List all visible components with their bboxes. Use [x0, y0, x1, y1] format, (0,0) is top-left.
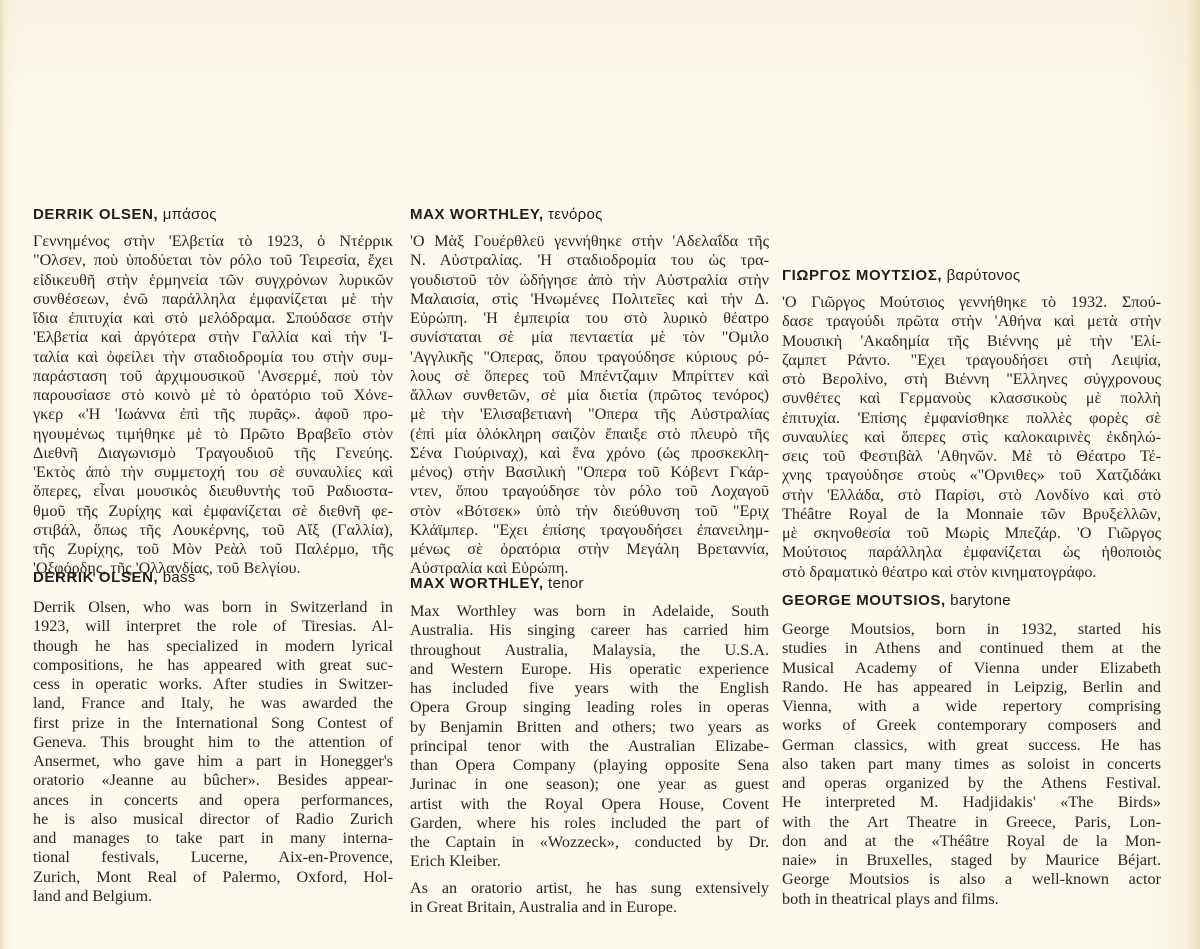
- text-line: στὸ Βερολίνο, στὴ Βιέννη "Ελληνες σύγχρο…: [782, 370, 1161, 389]
- text-line: 'Ο Μὰξ Γουέρθλεϋ γεννήθηκε στὴν 'Αδελαΐδ…: [410, 232, 769, 251]
- text-line: χνης τραγούδησε στοὺς «"Ορνιθες» τοῦ Χατ…: [782, 466, 1161, 485]
- singer-name: GEORGE MOUTSIOS,: [782, 592, 946, 609]
- text-line: Max Worthley was born in Adelaide, South: [410, 602, 769, 621]
- text-line: σεις τοῦ Φεστιβὰλ 'Αθηνῶν. Μὲ τὸ Θέατρο …: [782, 447, 1161, 466]
- text-line: don and at the «Théâtre Royal de la Mon-: [782, 832, 1161, 851]
- text-line: θμοῦ τῆς Ζυρίχης καὶ ἐμφανίζεται σὲ διεθ…: [33, 502, 393, 521]
- text-line: ζαμπετ Ράντο. "Εχει τραγουδήσει στὴ Λειψ…: [782, 351, 1161, 370]
- text-line: Zurich, Mont Real of Palermo, Oxford, Ho…: [33, 868, 393, 887]
- singer-name: ΓΙΩΡΓΟΣ ΜΟΥΤΣΙΟΣ,: [782, 267, 942, 284]
- text-line: Théâtre Royal de la Monnaie τῶν Βρυξελλῶ…: [782, 505, 1161, 524]
- text-line: στὸν «Βότσεκ» ὑπὸ τὴν διεύθυνση τοῦ "Ερι…: [410, 502, 769, 521]
- text-line: μένος) στὴν Βασιλικὴ "Οπερα τοῦ Κόβεντ Γ…: [410, 463, 769, 482]
- text-line: Geneva. This brought him to the attentio…: [33, 733, 393, 752]
- bio-greek-george-moutsios: ΓΙΩΡΓΟΣ ΜΟΥΤΣΙΟΣ, βαρύτονος 'Ο Γιῶργος Μ…: [782, 267, 1161, 582]
- text-line: Μουσικὴ 'Ακαδημία τῆς Βιέννης μὲ τὴν 'Ελ…: [782, 332, 1161, 351]
- text-line: Erich Kleiber.: [410, 852, 769, 871]
- text-line: Opera Group singing leading roles in ope…: [410, 698, 769, 717]
- text-line: Garden, where his roles included the par…: [410, 814, 769, 833]
- text-line: artist with the Royal Opera House, Coven…: [410, 795, 769, 814]
- text-line: cess in operatic works. After studies in…: [33, 675, 393, 694]
- singer-name: DERRIK OLSEN,: [33, 206, 158, 223]
- text-line: Εὐρώπη. 'Η ἐμπειρία του στὸ λυρικὸ θέατρ…: [410, 309, 769, 328]
- booklet-page: DERRIK OLSEN, μπάσος Γεννημένος στὴν 'Ελ…: [0, 0, 1200, 949]
- text-line: ντεν, ὅπου τραγούδησε τὸν ρόλο τοῦ Λοχαγ…: [410, 482, 769, 501]
- text-line: Σένα Γιούριναχ), καὶ ἕνα χρόνο (ὡς προσκ…: [410, 444, 769, 463]
- text-line: ηγουμένως τιμήθηκε μὲ τὸ Πρῶτο Βραβεῖο σ…: [33, 425, 393, 444]
- text-line: also taken part many times as soloist in…: [782, 755, 1161, 774]
- text-line: German classics, with great success. He …: [782, 736, 1161, 755]
- bio-heading: MAX WORTHLEY, τενόρος: [410, 206, 769, 224]
- bio-heading: MAX WORTHLEY, tenor: [410, 575, 769, 593]
- text-line: στὸ δραματικὸ θέατρο καὶ στὸν κινηματογρ…: [782, 563, 1161, 582]
- text-line: συνίσταται σὲ μία πενταετία μὲ τὸν "Ομιλ…: [410, 328, 769, 347]
- text-line: στιβάλ, ὅπως τῆς Λουκέρνης, τοῦ Αἴξ (Γαλ…: [33, 521, 393, 540]
- text-line: γκερ «'Η 'Ιωάννα ἐπὶ τῆς πυρᾶς». ἀφοῦ πρ…: [33, 405, 393, 424]
- text-line: he is also musical director of Radio Zur…: [33, 810, 393, 829]
- text-line: by Benjamin Britten and others; two year…: [410, 718, 769, 737]
- text-line: George Moutsios is also a well-known act…: [782, 870, 1161, 889]
- bio-heading: ΓΙΩΡΓΟΣ ΜΟΥΤΣΙΟΣ, βαρύτονος: [782, 267, 1161, 285]
- text-line: As an oratorio artist, he has sung exten…: [410, 879, 769, 898]
- text-line: Australia. His singing career has carrie…: [410, 621, 769, 640]
- text-line: λους σὲ ὅπερες τοῦ Μπέντζαμιν Μπρίττεν κ…: [410, 367, 769, 386]
- text-line: than Opera Company (playing opposite Sen…: [410, 756, 769, 775]
- voice-type: tenor: [548, 575, 584, 592]
- text-line: and operas organized by the Athens Festi…: [782, 774, 1161, 793]
- text-line: ἴδια ἐπιτυχία καὶ στὸ μελόδραμα. Σπούδασ…: [33, 309, 393, 328]
- bio-text: 'Ο Μὰξ Γουέρθλεϋ γεννήθηκε στὴν 'Αδελαΐδ…: [410, 232, 769, 579]
- text-line: the Captain in «Wozzeck», conducted by D…: [410, 833, 769, 852]
- bio-greek-derrik-olsen: DERRIK OLSEN, μπάσος Γεννημένος στὴν 'Ελ…: [33, 206, 393, 579]
- text-line: tional festivals, Lucerne, Aix-en-Proven…: [33, 848, 393, 867]
- text-line: Ν. Αὐστραλίας. 'Η σταδιοδρομία του ὡς τρ…: [410, 251, 769, 270]
- singer-name: DERRIK OLSEN,: [33, 569, 158, 586]
- text-line: works of Greek contemporary composers an…: [782, 716, 1161, 735]
- text-line: Μούτσιος παράλληλα ἐμφανίζεται ὡς ἠθοποι…: [782, 543, 1161, 562]
- text-line: Μαλαισία, στὶς 'Ηνωμένες Πολιτεῖες καὶ τ…: [410, 290, 769, 309]
- text-line: ἐπιτυχία. 'Επίσης ἐμφανίσθηκε πολλὲς φορ…: [782, 409, 1161, 428]
- voice-type: barytone: [950, 592, 1011, 609]
- text-line: George Moutsios, born in 1932, started h…: [782, 620, 1161, 639]
- bio-english-george-moutsios: GEORGE MOUTSIOS, barytone George Moutsio…: [782, 592, 1161, 909]
- bio-text: Max Worthley was born in Adelaide, South…: [410, 602, 769, 872]
- text-line: in Great Britain, Australia and in Europ…: [410, 898, 769, 917]
- text-line: studies in Athens and continued them at …: [782, 639, 1161, 658]
- text-line: συναυλίες καὶ ὅπερες στὶς καλοκαιρινὲς ἐ…: [782, 428, 1161, 447]
- bio-english-max-worthley: MAX WORTHLEY, tenor Max Worthley was bor…: [410, 575, 769, 917]
- voice-type: bass: [163, 569, 196, 586]
- voice-type: τενόρος: [548, 206, 603, 223]
- text-line: with the Art Theatre in Greece, Paris, L…: [782, 813, 1161, 832]
- text-line: though he has specialized in modern lyri…: [33, 637, 393, 656]
- text-line: ἄλλων συνθετῶν, σὲ μία διετία (πρῶτος τε…: [410, 386, 769, 405]
- text-line: and Western Europe. His operatic experie…: [410, 660, 769, 679]
- text-line: συνθέσεων, ἐνῶ παράλληλα ἐμφανίζεται μὲ …: [33, 290, 393, 309]
- text-line: μὲ τὴν 'Ελισαβετιανὴ "Οπερα τῆς Αὐστραλί…: [410, 405, 769, 424]
- text-line: Ansermet, who gave him a part in Honegge…: [33, 752, 393, 771]
- bio-heading: DERRIK OLSEN, bass: [33, 569, 393, 587]
- text-line: εἰδικευθῆ στὴν ἑρμηνεία τῶν συγχρόνων λυ…: [33, 271, 393, 290]
- bio-heading: DERRIK OLSEN, μπάσος: [33, 206, 393, 224]
- singer-name: MAX WORTHLEY,: [410, 206, 544, 223]
- text-line: naie» in Bruxelles, staged by Maurice Bé…: [782, 851, 1161, 870]
- text-line: γουδιστοῦ τὸν ὡδήγησε ἀπὸ τὴν Αὐστραλία …: [410, 271, 769, 290]
- text-line: συνθέτες καὶ Γερμανοὺς κλασσικοὺς μὲ πολ…: [782, 389, 1161, 408]
- text-line: 'Ελβετία καὶ ἀργότερα στὴν Γαλλία καὶ τὴ…: [33, 328, 393, 347]
- text-line: Rando. He has appeared in Leipzig, Berli…: [782, 678, 1161, 697]
- text-line: first prize in the International Song Co…: [33, 714, 393, 733]
- text-line: τῆς Ζυρίχης, τοῦ Μὸν Ρεὰλ τοῦ Παλέρμο, τ…: [33, 540, 393, 559]
- text-line: μὲ σκηνοθεσία τοῦ Μωρὶς Μπεζάρ. 'Ο Γιῶργ…: [782, 524, 1161, 543]
- text-line: παράσταση τοῦ ἀρχιμουσικοῦ 'Ανσερμέ, ποὺ…: [33, 367, 393, 386]
- voice-type: μπάσος: [163, 206, 217, 223]
- text-line: μένως σὲ ὀρατόρια στὴν Μεγάλη Βρεταννία,: [410, 540, 769, 559]
- text-line: throughout Australia, Malaysia, the U.S.…: [410, 641, 769, 660]
- text-line: 1923, will interpret the role of Tiresia…: [33, 617, 393, 636]
- text-line: στὴν 'Ελλάδα, στὸ Παρίσι, στὸ Λονδίνο κα…: [782, 486, 1161, 505]
- voice-type: βαρύτονος: [947, 267, 1021, 284]
- text-line: and manages to take part in many interna…: [33, 829, 393, 848]
- paragraph-gap: [410, 872, 769, 879]
- singer-name: MAX WORTHLEY,: [410, 575, 544, 592]
- text-line: He interpreted M. Hadjidakis' «The Birds…: [782, 793, 1161, 812]
- text-line: ὅπερες, εἶναι μουσικὸς διευθυντὴς τοῦ Ρα…: [33, 482, 393, 501]
- text-line: compositions, he has appeared with great…: [33, 656, 393, 675]
- text-line: both in theatrical plays and films.: [782, 890, 1161, 909]
- text-line: ταλία καὶ ὀφείλει τὴν σταδιοδρομία του σ…: [33, 348, 393, 367]
- text-line: land and Belgium.: [33, 887, 393, 906]
- bio-text: 'Ο Γιῶργος Μούτσιος γεννήθηκε τὸ 1932. Σ…: [782, 293, 1161, 582]
- text-line: principal tenor with the Australian Eliz…: [410, 737, 769, 756]
- bio-text-oratorio: As an oratorio artist, he has sung exten…: [410, 879, 769, 918]
- text-line: oratorio «Jeanne au bûcher». Besides app…: [33, 771, 393, 790]
- text-line: Musical Academy of Vienna under Elizabet…: [782, 659, 1161, 678]
- text-line: Vienna, with a wide repertory comprising: [782, 697, 1161, 716]
- text-line: Κλάϊμπερ. "Εχει ἐπίσης τραγουδήσει ἐπανε…: [410, 521, 769, 540]
- text-line: has included five years with the English: [410, 679, 769, 698]
- text-line: (ἐπὶ μία ὁλόκληρη σαιζὸν ἔπαιξε στὸ πλευ…: [410, 425, 769, 444]
- text-line: δασε τραγούδι πρῶτα στὴν 'Αθήνα καὶ μετὰ…: [782, 312, 1161, 331]
- text-line: παρουσίασε στὸ κοινὸ μὲ τὸ ὀρατόριο τοῦ …: [33, 386, 393, 405]
- text-line: Derrik Olsen, who was born in Switzerlan…: [33, 598, 393, 617]
- text-line: ances in concerts and opera performances…: [33, 791, 393, 810]
- text-line: Διεθνῆ Διαγωνισμὸ Τραγουδιοῦ τῆς Γενεύης…: [33, 444, 393, 463]
- text-line: Jurinac in one season); one year as gues…: [410, 775, 769, 794]
- text-line: Γεννημένος στὴν 'Ελβετία τὸ 1923, ὁ Ντέρ…: [33, 232, 393, 251]
- bio-text: George Moutsios, born in 1932, started h…: [782, 620, 1161, 909]
- text-line: land, France and Italy, he was awarded t…: [33, 694, 393, 713]
- text-line: 'Αγγλικῆς "Οπερας, ὅπου τραγούδησε κύριο…: [410, 348, 769, 367]
- text-line: 'Εκτὸς ἀπὸ τὴν συμμετοχή του σὲ συναυλίε…: [33, 463, 393, 482]
- text-line: 'Ο Γιῶργος Μούτσιος γεννήθηκε τὸ 1932. Σ…: [782, 293, 1161, 312]
- text-line: "Ολσεν, ποὺ ὑποδύεται τὸν ρόλο τοῦ Τειρε…: [33, 251, 393, 270]
- bio-english-derrik-olsen: DERRIK OLSEN, bass Derrik Olsen, who was…: [33, 569, 393, 906]
- bio-text: Derrik Olsen, who was born in Switzerlan…: [33, 598, 393, 906]
- bio-text: Γεννημένος στὴν 'Ελβετία τὸ 1923, ὁ Ντέρ…: [33, 232, 393, 579]
- bio-heading: GEORGE MOUTSIOS, barytone: [782, 592, 1161, 610]
- bio-greek-max-worthley: MAX WORTHLEY, τενόρος 'Ο Μὰξ Γουέρθλεϋ γ…: [410, 206, 769, 579]
